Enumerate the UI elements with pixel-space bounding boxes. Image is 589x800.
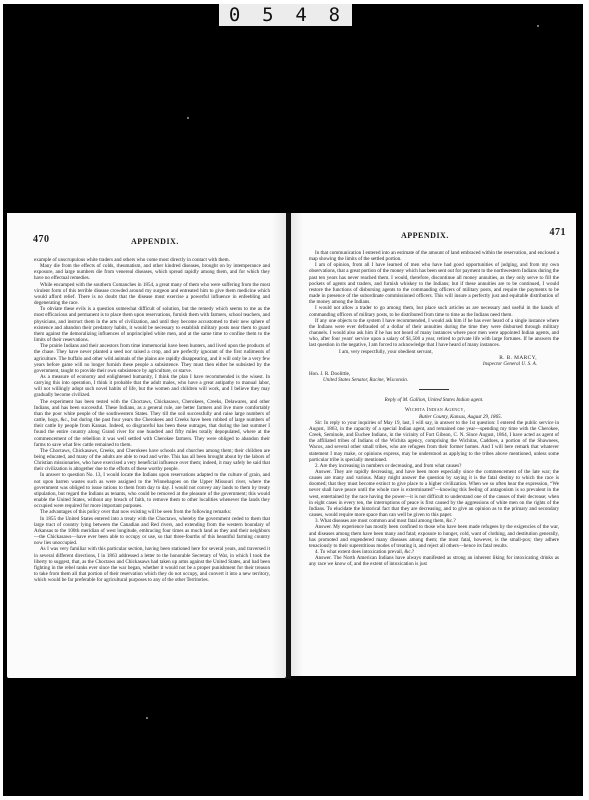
signatory-title: Inspector General U. S. A.	[309, 361, 537, 367]
paragraph: As I was very familiar with this particu…	[34, 546, 270, 583]
left-page: 470 APPENDIX. example of unscrupulous wh…	[7, 213, 286, 678]
paragraph: To obviate these evils is a question som…	[34, 306, 270, 343]
addressee-block: Hon. J. R. Doolittle, United States Sena…	[309, 371, 559, 383]
running-head: APPENDIX. 471	[291, 231, 576, 243]
tag-digit: 8	[329, 4, 342, 26]
paragraph: While encamped with the southern Comanch…	[34, 282, 270, 307]
paragraph: In answer to question No. 13, I would lo…	[34, 472, 270, 509]
paragraph: The experiment has been tested with the …	[34, 399, 270, 448]
paragraph: Many die from the effects of colds, rheu…	[34, 263, 270, 281]
running-head: 470 APPENDIX.	[7, 237, 286, 249]
section-heading: Reply of M. Gallion, United States India…	[309, 397, 559, 403]
paragraph: In that communication I entered into an …	[309, 250, 559, 262]
paragraph: If any one objects to the system I have …	[309, 318, 559, 349]
running-title: APPENDIX.	[131, 237, 179, 246]
right-page: APPENDIX. 471 In that communication I en…	[291, 213, 576, 676]
paragraph: Sir: In reply to your inquiries of May 1…	[309, 420, 559, 463]
page-number: 470	[33, 234, 50, 245]
dateline: Wichita Indian Agency, Butler County, Ka…	[309, 407, 559, 419]
paragraph: The Choctaws, Chickasaws, Creeks, and Ch…	[34, 448, 270, 473]
paragraph: I would not allow a trader to go among t…	[309, 305, 559, 317]
addressee-title: United States Senator, Racine, Wisconsin…	[309, 377, 559, 383]
paragraph: The prairie Indians and their ancestors …	[34, 343, 270, 374]
tag-digit: 0	[229, 4, 242, 26]
page-number: 471	[550, 227, 567, 238]
page-body: example of unscrupulous white traders an…	[34, 257, 270, 583]
paragraph: I am of opinion, from all I have learned…	[309, 262, 559, 305]
paragraph: As a measure of economy and enlightened …	[34, 374, 270, 399]
section-divider	[419, 389, 449, 390]
paragraph: In 1855 the United States entered into a…	[34, 516, 270, 547]
page-body: In that communication I entered into an …	[309, 250, 559, 568]
running-title: APPENDIX.	[401, 231, 449, 240]
signature-block: R. B. MARCY, Inspector General U. S. A.	[309, 355, 559, 367]
tag-digit: 5	[262, 4, 275, 26]
tag-digit: 4	[295, 4, 308, 26]
dust-speck	[187, 117, 189, 119]
paragraph: Answer. They are rapidly decreasing, and…	[309, 469, 559, 518]
paragraph: Answer. My experience has mostly been co…	[309, 524, 559, 549]
paragraph: Answer. The North American Indians have …	[309, 555, 559, 567]
microfilm-frame-tag: 0 5 4 8	[219, 4, 352, 26]
dust-speck	[537, 25, 539, 27]
dust-speck	[146, 717, 148, 719]
